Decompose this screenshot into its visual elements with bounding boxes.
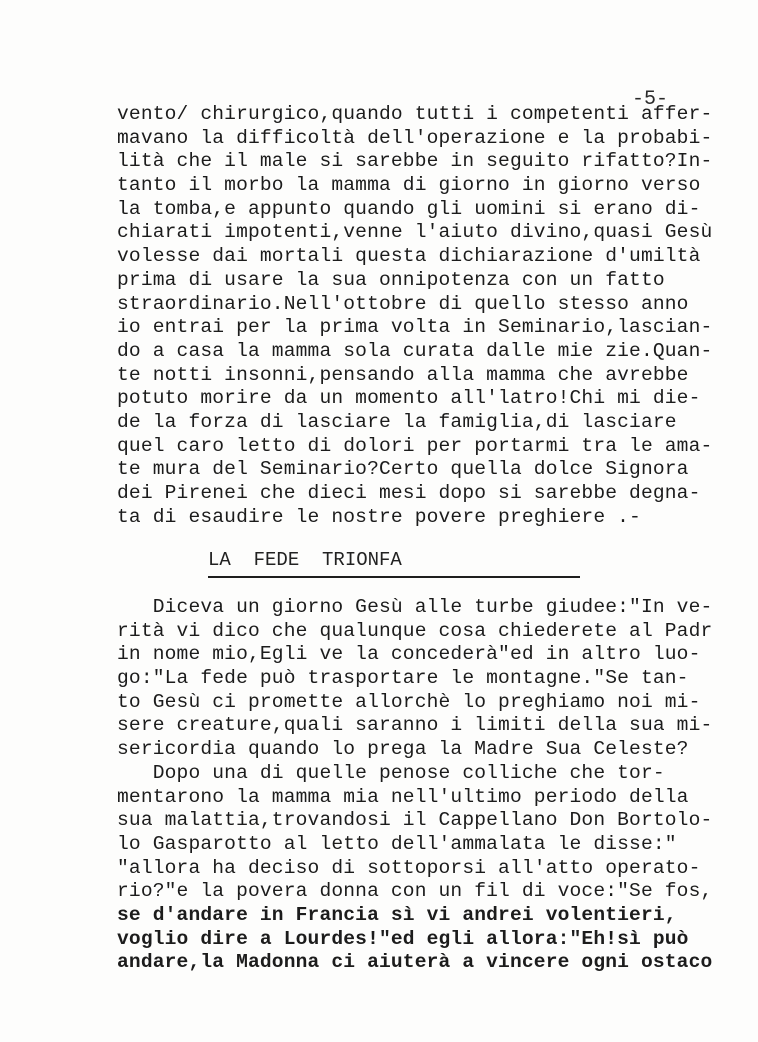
text-line: te mura del Seminario?Certo quella dolce… [117, 458, 717, 482]
text-line: straordinario.Nell'ottobre di quello ste… [117, 293, 717, 317]
text-line: chiarati impotenti,venne l'aiuto divino,… [117, 221, 717, 245]
text-line: la tomba,e appunto quando gli uomini si … [117, 198, 717, 222]
text-line: prima di usare la sua onnipotenza con un… [117, 269, 717, 293]
text-line: sua malattia,trovandosi il Cappellano Do… [117, 809, 717, 833]
paragraph-1: vento/ chirurgico,quando tutti i compete… [117, 103, 717, 529]
heading-text: LA FEDE TRIONFA [208, 548, 580, 572]
text-line: Dopo una di quelle penose colliche che t… [117, 762, 717, 786]
text-line: volesse dai mortali questa dichiarazione… [117, 245, 717, 269]
text-line: andare,la Madonna ci aiuterà a vincere o… [117, 951, 717, 975]
text-line: to Gesù ci promette allorchè lo preghiam… [117, 691, 717, 715]
text-line: de la forza di lasciare la famiglia,di l… [117, 411, 717, 435]
heading-underline [208, 576, 580, 578]
text-line: ta di esaudire le nostre povere preghier… [117, 506, 717, 530]
text-line: rio?"e la povera donna con un fil di voc… [117, 880, 717, 904]
text-line: mentarono la mamma mia nell'ultimo perio… [117, 786, 717, 810]
text-line: dei Pirenei che dieci mesi dopo si sareb… [117, 482, 717, 506]
text-line: potuto morire da un momento all'latro!Ch… [117, 387, 717, 411]
text-line: Diceva un giorno Gesù alle turbe giudee:… [117, 596, 717, 620]
text-line: se d'andare in Francia sì vi andrei vole… [117, 904, 717, 928]
text-line: io entrai per la prima volta in Seminari… [117, 316, 717, 340]
text-line: do a casa la mamma sola curata dalle mie… [117, 340, 717, 364]
text-line: in nome mio,Egli ve la concederà"ed in a… [117, 643, 717, 667]
text-line: te notti insonni,pensando alla mamma che… [117, 364, 717, 388]
text-line: rità vi dico che qualunque cosa chiedere… [117, 620, 717, 644]
text-line: sere creature,quali saranno i limiti del… [117, 714, 717, 738]
text-line: voglio dire a Lourdes!"ed egli allora:"E… [117, 928, 717, 952]
paragraph-2: Diceva un giorno Gesù alle turbe giudee:… [117, 596, 717, 975]
text-line: vento/ chirurgico,quando tutti i compete… [117, 103, 717, 127]
text-line: tanto il morbo la mamma di giorno in gio… [117, 174, 717, 198]
text-line: quel caro letto di dolori per portarmi t… [117, 435, 717, 459]
text-line: go:"La fede può trasportare le montagne.… [117, 667, 717, 691]
section-heading: LA FEDE TRIONFA [208, 548, 580, 582]
text-line: "allora ha deciso di sottoporsi all'atto… [117, 857, 717, 881]
text-line: lità che il male si sarebbe in seguito r… [117, 150, 717, 174]
typewritten-page: -5- vento/ chirurgico,quando tutti i com… [0, 0, 758, 1042]
text-line: mavano la difficoltà dell'operazione e l… [117, 127, 717, 151]
text-line: sericordia quando lo prega la Madre Sua … [117, 738, 717, 762]
text-line: lo Gasparotto al letto dell'ammalata le … [117, 833, 717, 857]
